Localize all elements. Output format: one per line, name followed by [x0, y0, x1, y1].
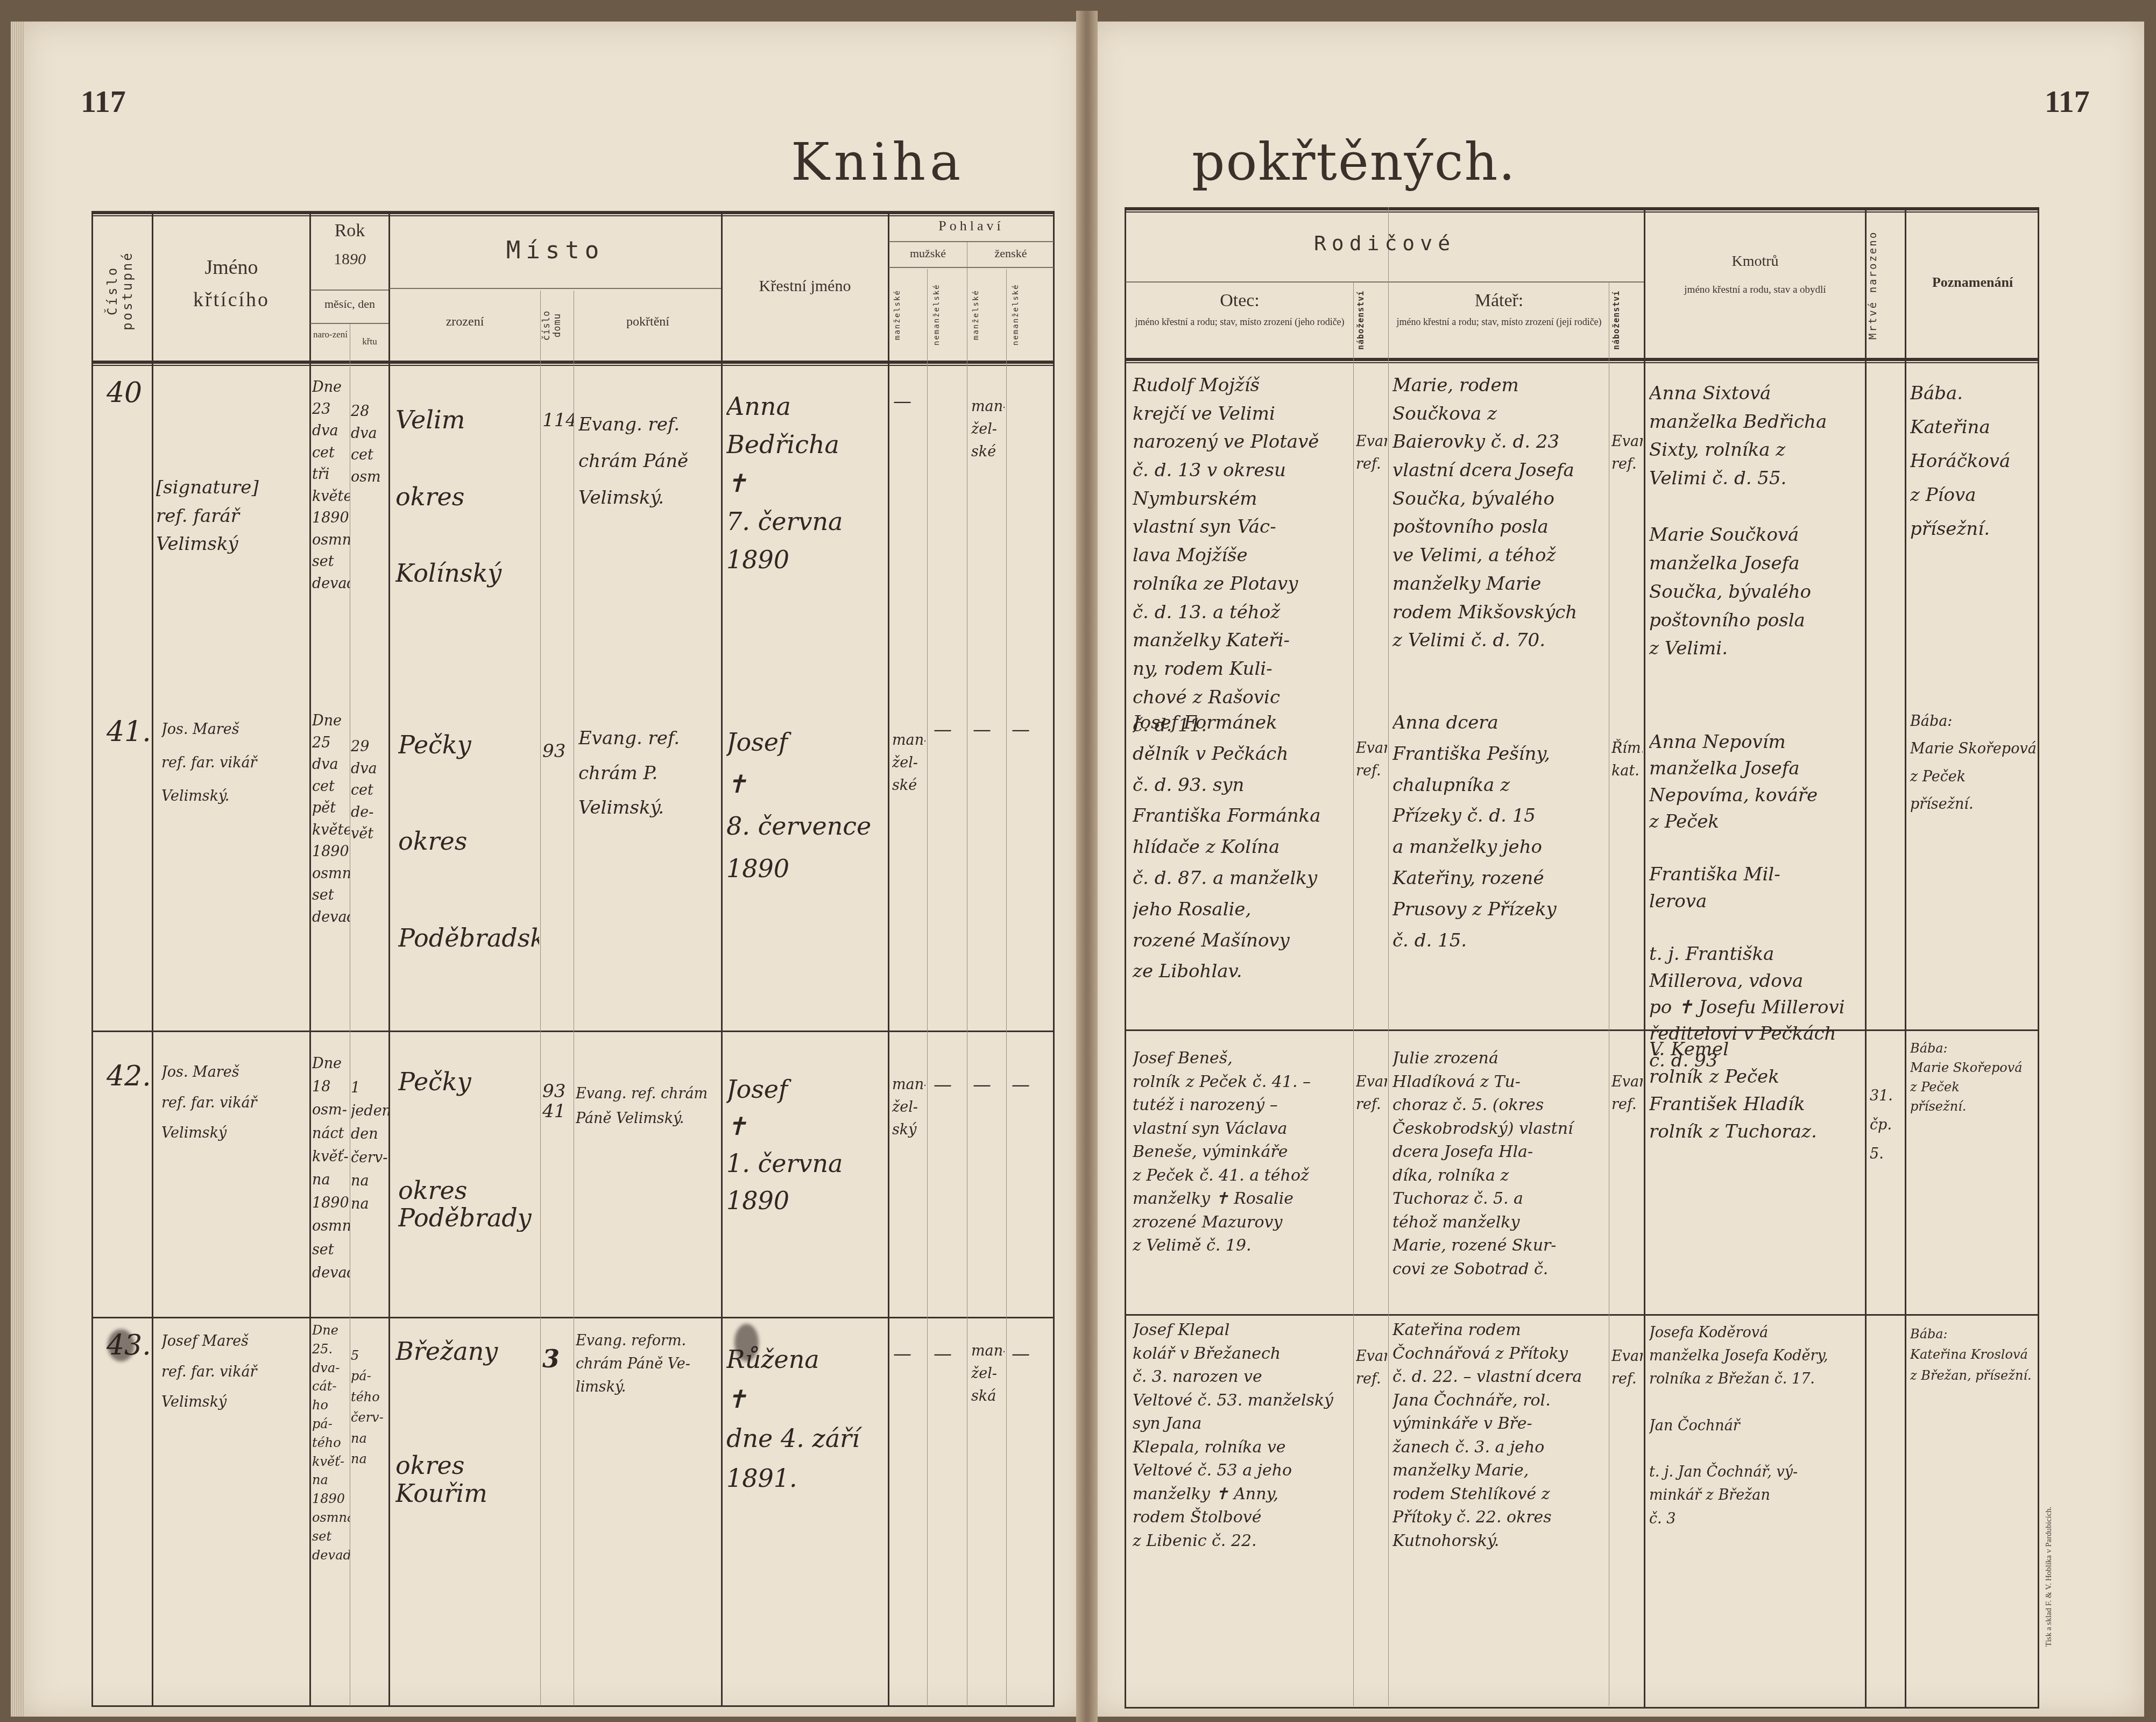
header-muzske-nemanzelske: nemanželské — [932, 274, 965, 355]
officiant-signature: Jos. Mareš ref. far. vikář Velimský — [161, 1057, 308, 1149]
baptism-date: 5 pá- tého červ- na na — [351, 1345, 388, 1469]
baptism-date: 1 jeden den červ- na na — [351, 1076, 388, 1216]
given-name: Anna Bedřicha ✝ 7. června 1890 — [726, 387, 887, 579]
divider — [390, 288, 721, 289]
divider — [350, 323, 350, 1706]
entry-number: 42. — [107, 1055, 150, 1098]
father: Josef Beneš, rolník z Peček č. 41. – tut… — [1133, 1047, 1351, 1258]
header-rok: Rok — [311, 221, 388, 241]
place-of-baptism: Evang. ref. chrám P. Velimský. — [578, 721, 719, 825]
divider — [889, 241, 1054, 242]
divider — [1126, 281, 1644, 283]
left-page-number: 117 — [81, 83, 126, 119]
female-legitimate: — — [973, 716, 1005, 744]
divider — [1609, 283, 1609, 1706]
divider — [889, 267, 1054, 268]
header-otec-nabozenstvi: náboženství — [1356, 285, 1387, 355]
house-number: 93 41 — [542, 1082, 574, 1122]
header-mesic-den: měsíc, den — [311, 297, 388, 311]
right-page-number: 117 — [2045, 83, 2090, 119]
father-religion: Evang. ref. — [1356, 737, 1387, 782]
ink-smudge — [734, 1324, 759, 1361]
header-zenske-nemanzelske: nemanželské — [1012, 274, 1044, 355]
godparents: Anna Nepovím manželka Josefa Nepovíma, k… — [1649, 729, 1863, 1074]
divider — [1388, 207, 1389, 1706]
book-gutter — [1076, 11, 1098, 1722]
printer-imprint: Tisk a sklad F. & V. Hoblíka v Pardubicí… — [2045, 1367, 2056, 1647]
title-right: pokřtěných. — [1192, 132, 1516, 192]
place-of-birth: Pečky okres Poděbrady — [398, 1068, 539, 1232]
father: Josef Klepal kolář v Břežanech č. 3. nar… — [1133, 1318, 1351, 1552]
remarks: Bába. Kateřina Horáčková z Píova přísežn… — [1910, 377, 2037, 546]
header-jmeno: Jméno — [153, 256, 309, 279]
entry-number: 41. — [107, 710, 150, 754]
divider — [1125, 1314, 2039, 1316]
mother-religion: Evang. ref. — [1611, 1345, 1643, 1391]
male-illegitimate: — — [934, 716, 966, 744]
header-kmotru-desc: jméno křestní a rodu, stav a obydlí — [1663, 283, 1848, 298]
father-religion: Evang. ref. — [1356, 1071, 1387, 1116]
header-pokrteni: pokřtění — [575, 315, 721, 329]
header-cislo-postupne: Číslo postupné — [105, 226, 137, 355]
given-name: Josef ✝ 8. července 1890 — [726, 721, 887, 890]
male-illegitimate: — — [934, 1071, 966, 1099]
header-mater: Máteř: — [1389, 291, 1609, 311]
header-zenske-manzelske: manželské — [972, 274, 1004, 355]
place-of-baptism: Evang. ref. chrám Páně Velimský. — [576, 1082, 720, 1131]
header-muzske-manzelske: manželské — [893, 274, 925, 355]
birth-date: Dne 23 dva cet tři květen 1890 osmnáct s… — [312, 377, 350, 595]
female-illegitimate: — — [1012, 1071, 1044, 1099]
divider — [1006, 269, 1007, 1706]
stillborn: 31. čp. 5. — [1870, 1082, 1903, 1169]
divider — [1353, 283, 1354, 1706]
mother-religion: Evang. ref. — [1611, 1071, 1643, 1116]
mother: Marie, rodem Součkova z Baierovky č. d. … — [1392, 371, 1608, 655]
header-pohlavi: Pohlaví — [889, 218, 1054, 234]
male-illegitimate: — — [934, 1340, 966, 1368]
officiant-signature: [signature] ref. farář Velimský — [156, 474, 308, 559]
baptism-date: 29 dva cet de- vět — [351, 736, 388, 845]
rok-prefix: 18 — [334, 250, 350, 268]
place-of-baptism: Evang. ref. chrám Páně Velimský. — [578, 406, 719, 516]
baptism-date: 28 dva cet osm — [351, 401, 388, 488]
godparents: V. Kemel rolník z Peček František Hladík… — [1649, 1036, 1863, 1146]
header-otec-desc: jméno křestní a rodu; stav, místo zrozen… — [1130, 315, 1349, 329]
remarks: Bába: Marie Skořepová z Peček přísežní. — [1910, 1039, 2037, 1116]
divider — [888, 211, 889, 1707]
mother-religion: Evang. ref. — [1611, 430, 1643, 476]
divider — [1125, 358, 2039, 363]
male-legitimate: man- žel- ský — [892, 1074, 925, 1141]
header-krestni-jmeno: Křestní jméno — [722, 277, 888, 295]
place-of-baptism: Evang. reform. chrám Páně Ve- limský. — [576, 1329, 720, 1399]
father: Rudolf Mojžíš krejčí ve Velimi narozený … — [1133, 371, 1351, 740]
header-rok-value: 1890 — [311, 250, 388, 269]
birth-date: Dne 25 dva cet pět květen 1890 osmnáct s… — [312, 710, 350, 928]
divider — [91, 1031, 1055, 1032]
divider — [309, 211, 311, 1707]
female-illegitimate: — — [1012, 716, 1044, 744]
entry-number: 40 — [107, 371, 150, 415]
header-krticiho: křtícího — [153, 288, 309, 312]
divider — [1125, 207, 2039, 213]
divider — [1865, 207, 1867, 1709]
officiant-signature: Jos. Mareš ref. far. vikář Velimský. — [161, 713, 308, 813]
godparents: Anna Sixtová manželka Bedřicha Sixty, ro… — [1649, 379, 1863, 663]
father: Josef Formánek dělník v Pečkách č. d. 93… — [1133, 708, 1351, 987]
header-zenske: ženské — [968, 246, 1054, 260]
header-narozeni: naro-zení — [311, 329, 350, 340]
header-otec: Otec: — [1127, 291, 1352, 311]
place-of-birth: Pečky okres Poděbradský — [398, 721, 539, 962]
divider — [152, 211, 153, 1707]
header-misto: Místo — [390, 237, 721, 264]
title-left: Kniha — [791, 132, 965, 192]
male-legitimate: — — [893, 1340, 925, 1368]
birth-date: Dne 25. dva- cát- ho pá- tého kvěť- na 1… — [312, 1321, 350, 1564]
remarks: Bába: Kateřina Kroslová z Břežan, přísež… — [1910, 1324, 2037, 1386]
header-kmotru: Kmotrů — [1645, 253, 1865, 270]
header-mater-nabozenstvi: náboženství — [1611, 285, 1643, 355]
female-legitimate: man- žel- ská — [971, 1340, 1005, 1408]
divider — [1905, 207, 1906, 1709]
header-poznamenani: Poznamenání — [1906, 274, 2039, 291]
divider — [310, 290, 388, 291]
male-legitimate: — — [893, 387, 925, 416]
divider — [388, 211, 390, 1707]
header-krtu: křtu — [351, 336, 388, 347]
rok-handwritten: 90 — [350, 250, 366, 268]
mother-religion: Řím. kat. — [1611, 737, 1643, 782]
mother: Anna dcera Františka Pešíny, chalupníka … — [1392, 708, 1608, 956]
divider — [927, 269, 928, 1706]
mother: Kateřina rodem Čochnářová z Přítoky č. d… — [1392, 1318, 1608, 1552]
father-religion: Evang. ref. — [1356, 1345, 1387, 1391]
house-number: 114 — [542, 406, 574, 435]
header-mrtve-narozeno: Mrtvé narozeno — [1867, 218, 1903, 352]
header-zrozeni: zrození — [390, 315, 540, 329]
page-edges — [11, 22, 24, 1717]
male-legitimate: man- žel- ské — [892, 729, 925, 797]
female-illegitimate: — — [1012, 1340, 1044, 1368]
place-of-birth: Břežany okres Kouřim — [395, 1337, 538, 1508]
header-cislo-domu: číslo domu — [541, 296, 574, 355]
female-legitimate: man- žel- ské — [971, 396, 1005, 463]
divider — [1125, 1029, 2039, 1031]
birth-date: Dne 18 osm- náct kvěť- na 1890 osmnáct s… — [312, 1052, 350, 1285]
given-name: Josef ✝ 1. června 1890 — [726, 1071, 887, 1219]
divider — [1644, 207, 1645, 1709]
divider — [91, 361, 1055, 366]
header-rodicove: Rodičové — [1126, 231, 1644, 255]
mother: Julie zrozená Hladíková z Tu- choraz č. … — [1392, 1047, 1608, 1281]
place-of-birth: Velim okres Kolínský — [395, 401, 538, 592]
given-name: Růžena ✝ dne 4. září 1891. — [726, 1340, 887, 1498]
father-religion: Evang. ref. — [1356, 430, 1387, 476]
divider — [967, 242, 967, 1706]
divider — [91, 1317, 1055, 1318]
register-spread: 117 117 Kniha pokřtěných. Číslo postupné… — [0, 0, 2156, 1722]
divider — [310, 323, 388, 324]
divider — [574, 291, 574, 1706]
house-number: 93 — [542, 737, 574, 766]
left-register-table — [91, 211, 1055, 1707]
remarks: Bába: Marie Skořepová z Peček přísežní. — [1910, 708, 2037, 818]
godparents: Josefa Koděrová manželka Josefa Koděry, … — [1649, 1321, 1863, 1530]
header-muzske: mužské — [889, 246, 967, 260]
house-number: 3 — [542, 1340, 574, 1378]
header-mater-desc: jméno křestní a rodu; stav, místo zrozen… — [1394, 315, 1604, 329]
female-legitimate: — — [973, 1071, 1005, 1099]
divider — [721, 211, 723, 1707]
officiant-signature: Josef Mareš ref. far. vikář Velimský — [161, 1326, 308, 1418]
ink-smudge — [108, 1329, 135, 1361]
divider — [540, 291, 541, 1706]
divider — [91, 211, 1055, 216]
